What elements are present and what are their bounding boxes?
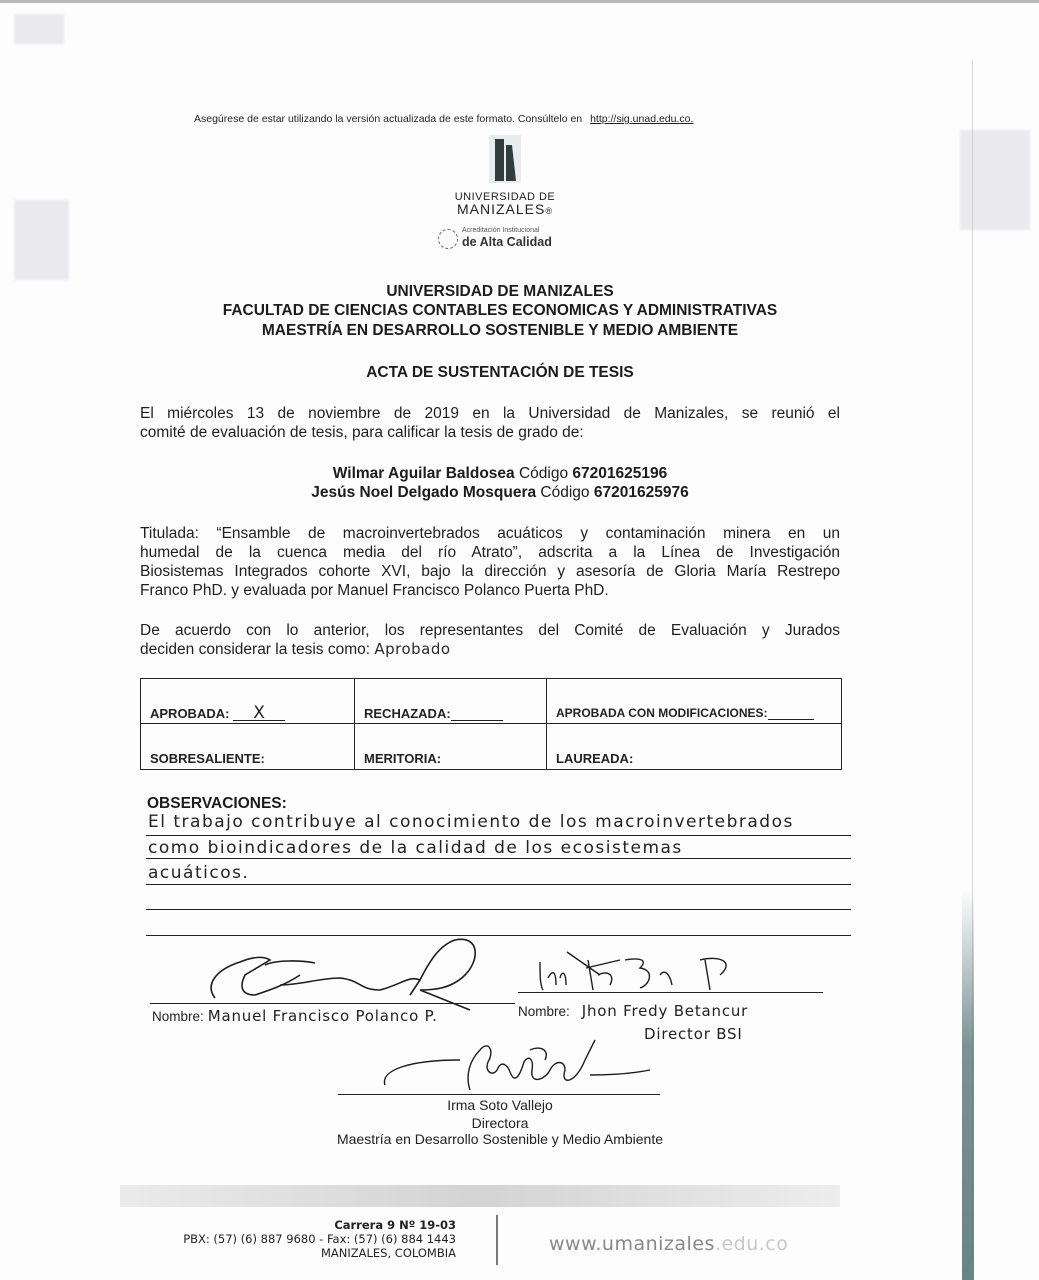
signature-strokes <box>0 0 1039 1280</box>
director-role: Directora <box>0 1115 1000 1131</box>
footer-phones: PBX: (57) (6) 887 9680 - Fax: (57) (6) 8… <box>183 1232 456 1246</box>
footer-contact: Carrera 9 Nº 19-03 PBX: (57) (6) 887 968… <box>183 1218 456 1260</box>
evaluator-signature-line <box>150 1003 515 1004</box>
evaluator-name-field: Nombre:Manuel Francisco Polanco P. <box>152 1007 438 1025</box>
second-name-field: Nombre:Jhon Fredy Betancur <box>518 1002 748 1020</box>
footer-city: MANIZALES, COLOMBIA <box>183 1246 456 1260</box>
director-signature-line <box>338 1094 660 1095</box>
footer-address: Carrera 9 Nº 19-03 <box>183 1218 456 1232</box>
second-name: Jhon Fredy Betancur <box>582 1002 748 1020</box>
evaluator-name: Manuel Francisco Polanco P. <box>208 1007 438 1025</box>
footer-divider <box>496 1215 498 1265</box>
footer-website[interactable]: www.umanizales.edu.co <box>549 1233 788 1255</box>
director-program: Maestría en Desarrollo Sostenible y Medi… <box>0 1131 1000 1147</box>
director-name: Irma Soto Vallejo <box>0 1097 1000 1113</box>
second-subtitle: Director BSI <box>644 1025 743 1043</box>
second-signature-line <box>518 992 823 993</box>
